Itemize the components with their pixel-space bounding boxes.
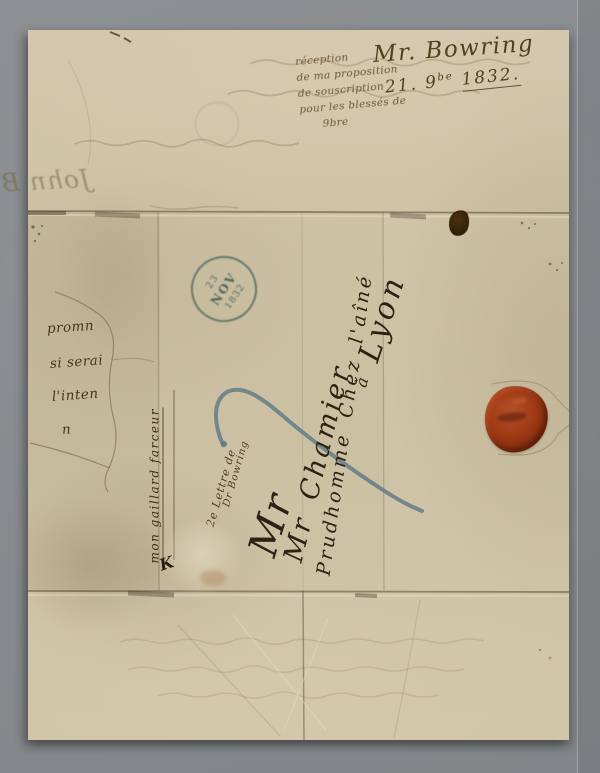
vertical-crease-right: [383, 212, 384, 591]
fragment-text-line: l'inten: [52, 388, 99, 405]
speck: [549, 657, 552, 660]
bottom-fold-line: [28, 591, 569, 592]
speck: [556, 269, 558, 271]
fold-shadow-d: [128, 593, 174, 595]
speck: [534, 223, 536, 225]
speck: [521, 222, 524, 225]
fold-lines: [28, 60, 569, 740]
photo-of-letter: { "colors": { "background_grey": "#8a8d8…: [0, 0, 600, 773]
docket-date-superscript: be: [437, 71, 454, 84]
speck: [38, 233, 41, 236]
fragment-text-line: promn: [47, 320, 95, 337]
rate-mark-blot: [221, 441, 227, 447]
light-scratch-1: [233, 615, 326, 730]
light-scratch-2: [284, 618, 328, 730]
edge-mark-2: [124, 38, 131, 42]
broken-seal-remnant: [162, 522, 242, 594]
vertical-annotation: mon gaillard farceur: [149, 408, 164, 564]
ghost-signature-underline: [150, 206, 238, 209]
ghost-line-5: [128, 666, 464, 672]
bottom-fold-highlight: [28, 595, 569, 596]
top-edge-marks: [110, 32, 131, 42]
seal-smudge: [200, 570, 226, 586]
edge-mark-1: [110, 32, 120, 36]
speck: [539, 649, 541, 651]
tear-line-lower: [30, 443, 110, 468]
speck: [528, 227, 530, 229]
creases-and-marks-overlay: [28, 30, 569, 740]
fragment-text-line: n: [62, 423, 72, 437]
fold-shadow-e: [355, 595, 377, 596]
diagonal-crease-2: [394, 600, 420, 738]
speck: [549, 263, 552, 266]
fold-shadow-b: [95, 214, 140, 216]
ghost-line-3: [75, 140, 299, 147]
wax-seal-shadow: [496, 411, 527, 423]
vertical-crease-center-bottom: [303, 591, 304, 740]
speck: [31, 225, 34, 228]
letter-outer-sheet: John Bowring: [28, 30, 569, 740]
speck: [34, 240, 36, 242]
ghost-writing-lines-bottom: [120, 638, 484, 698]
backing-board-edge: [577, 0, 600, 773]
wax-seal-highlight: [511, 397, 528, 406]
diagonal-crease-3: [68, 60, 91, 165]
tear-line-branch: [112, 358, 154, 362]
ghost-line-4: [120, 638, 484, 644]
speck: [41, 225, 43, 227]
fold-shadow-c: [390, 215, 426, 217]
speckle-clusters: [31, 225, 43, 242]
speck: [561, 262, 563, 264]
